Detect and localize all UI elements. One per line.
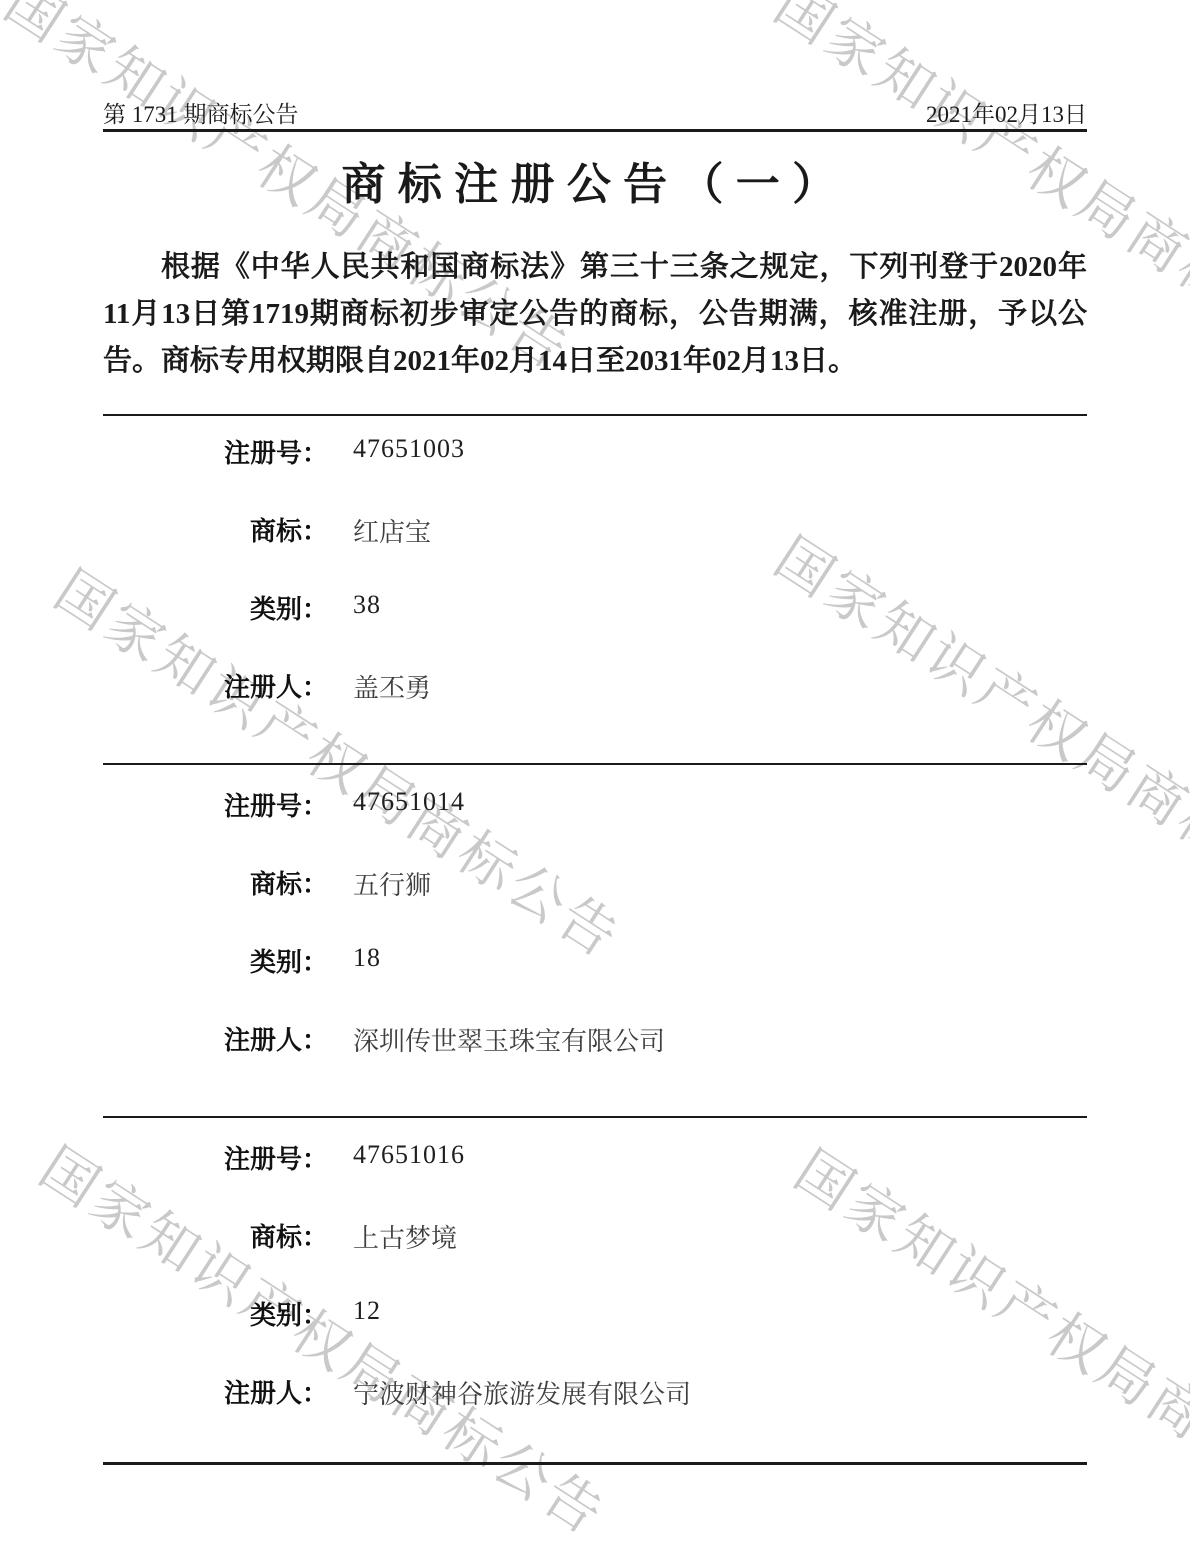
trademark-value: 上古梦境 [353, 1218, 457, 1255]
class-label: 类别： [103, 1295, 328, 1332]
trademark-value: 红店宝 [353, 512, 431, 549]
entry-separator [103, 1116, 1087, 1118]
trademark-label: 商标： [103, 1217, 328, 1254]
class-value: 12 [353, 1296, 381, 1326]
entry-separator [103, 1462, 1087, 1465]
entry-row: 商标： 五行狮 [103, 864, 1087, 898]
entry-separator [103, 763, 1087, 765]
entry-row: 注册人： 深圳传世翠玉珠宝有限公司 [103, 1020, 1087, 1054]
header-rule [103, 129, 1087, 132]
registrant-value: 宁波财神谷旅游发展有限公司 [353, 1374, 691, 1411]
entry-row: 类别： 38 [103, 589, 1087, 623]
entry-row: 注册人： 宁波财神谷旅游发展有限公司 [103, 1373, 1087, 1407]
class-label: 类别： [103, 942, 328, 979]
entry-row: 注册人： 盖丕勇 [103, 667, 1087, 701]
entry-row: 注册号： 47651016 [103, 1139, 1087, 1173]
entry-row: 商标： 红店宝 [103, 511, 1087, 545]
reg-no-value: 47651016 [353, 1140, 465, 1170]
header-date: 2021年02月13日 [926, 96, 1087, 129]
registrant-value: 深圳传世翠玉珠宝有限公司 [353, 1021, 665, 1058]
trademark-value: 五行狮 [353, 865, 431, 902]
entry-row: 类别： 12 [103, 1295, 1087, 1329]
reg-no-value: 47651003 [353, 434, 465, 464]
intro-paragraph: 根据《中华人民共和国商标法》第三十三条之规定，下列刊登于2020年11月13日第… [103, 244, 1087, 385]
document-content: 第 1731 期商标公告 2021年02月13日 商标注册公告（一） 根据《中华… [0, 0, 1190, 1564]
reg-no-label: 注册号： [103, 1139, 328, 1176]
registrant-label: 注册人： [103, 667, 328, 704]
class-label: 类别： [103, 589, 328, 626]
registrant-value: 盖丕勇 [353, 668, 431, 705]
entry-row: 注册号： 47651014 [103, 786, 1087, 820]
class-value: 18 [353, 943, 381, 973]
trademark-label: 商标： [103, 511, 328, 548]
page-title: 商标注册公告（一） [0, 148, 1190, 212]
reg-no-value: 47651014 [353, 787, 465, 817]
registrant-label: 注册人： [103, 1020, 328, 1057]
document-page: 国家知识产权局商标公告 国家知识产权局商标公告 国家知识产权局商标公告 国家知识… [0, 0, 1190, 1564]
trademark-label: 商标： [103, 864, 328, 901]
entry-separator [103, 414, 1087, 416]
class-value: 38 [353, 590, 381, 620]
reg-no-label: 注册号： [103, 433, 328, 470]
header-issue-number: 第 1731 期商标公告 [103, 96, 299, 129]
reg-no-label: 注册号： [103, 786, 328, 823]
entry-row: 类别： 18 [103, 942, 1087, 976]
entry-row: 注册号： 47651003 [103, 433, 1087, 467]
registrant-label: 注册人： [103, 1373, 328, 1410]
entry-row: 商标： 上古梦境 [103, 1217, 1087, 1251]
